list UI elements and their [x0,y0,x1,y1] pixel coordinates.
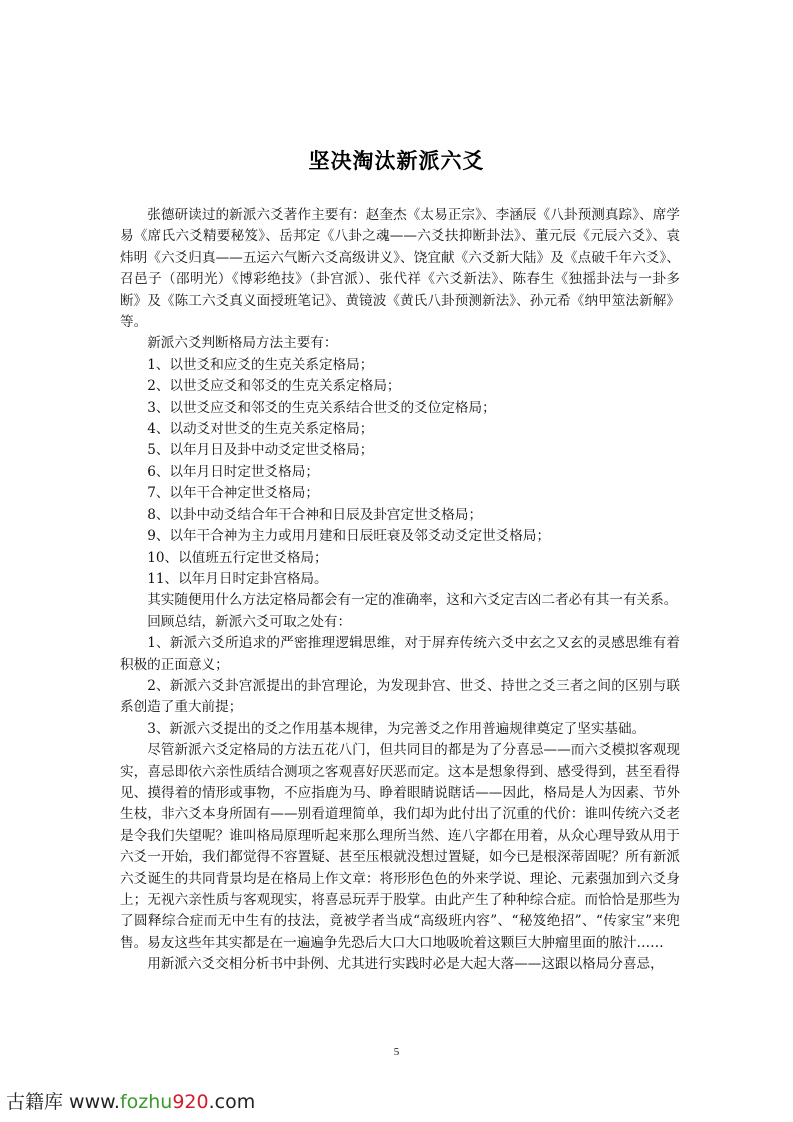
watermark-red: 920 [172,1091,208,1113]
paragraph-accuracy: 其实随便用什么方法定格局都会有一定的准确率，这和六爻定吉凶二者必有其一有关系。 [120,590,680,611]
list-item-merit-1: 1、新派六爻所追求的严密推理逻辑思维，对于屏弃传统六爻中玄之又玄的灵感思维有着积… [120,633,680,676]
list-item-method-5: 5、以年月日及卦中动爻定世爻格局； [120,440,680,461]
paragraph-intro-works: 张德研读过的新派六爻著作主要有：赵奎杰《太易正宗》、李涵辰《八卦预测真踪》、席学… [120,205,680,333]
paragraph-summary-heading: 回顾总结，新派六爻可取之处有： [120,612,680,633]
list-item-method-1: 1、以世爻和应爻的生克关系定格局； [120,355,680,376]
list-item-method-9: 9、以年干合神为主力或用月建和日辰旺衰及邻爻动爻定世爻格局； [120,526,680,547]
list-item-method-6: 6、以年月日时定世爻格局； [120,462,680,483]
page-number: 5 [0,1046,793,1058]
document-body: 张德研读过的新派六爻著作主要有：赵奎杰《太易正宗》、李涵辰《八卦预测真踪》、席学… [120,205,680,976]
list-item-merit-3: 3、新派六爻提出的爻之作用基本规律，为完善爻之作用普遍规律奠定了坚实基础。 [120,719,680,740]
list-item-method-10: 10、以值班五行定世爻格局； [120,548,680,569]
list-item-method-8: 8、以卦中动爻结合年干合神和日辰及卦宫定世爻格局； [120,505,680,526]
watermark-suffix: .com [209,1091,256,1113]
list-item-method-3: 3、以世爻应爻和邻爻的生克关系结合世爻的爻位定格局； [120,398,680,419]
paragraph-methods-heading: 新派六爻判断格局方法主要有： [120,333,680,354]
watermark-prefix: 古籍库 www. [6,1091,120,1113]
list-item-method-7: 7、以年干合神定世爻格局； [120,483,680,504]
list-item-method-4: 4、以动爻对世爻的生克关系定格局； [120,419,680,440]
page-title: 坚决淘汰新派六爻 [0,145,793,175]
paragraph-critique: 尽管新派六爻定格局的方法五花八门，但共同目的都是为了分喜忌——而六爻模拟客观现实… [120,740,680,954]
list-item-method-11: 11、以年月日时定卦宫格局。 [120,569,680,590]
list-item-merit-2: 2、新派六爻卦宫派提出的卦宫理论，为发现卦宫、世爻、持世之爻三者之间的区别与联系… [120,676,680,719]
watermark: 古籍库 www.fozhu920.com [6,1087,255,1114]
paragraph-conclusion-start: 用新派六爻交相分析书中卦例、尤其进行实践时必是大起大落——这跟以格局分喜忌， [120,954,680,975]
watermark-green: fozhu [120,1091,172,1113]
list-item-method-2: 2、以世爻应爻和邻爻的生克关系定格局； [120,376,680,397]
